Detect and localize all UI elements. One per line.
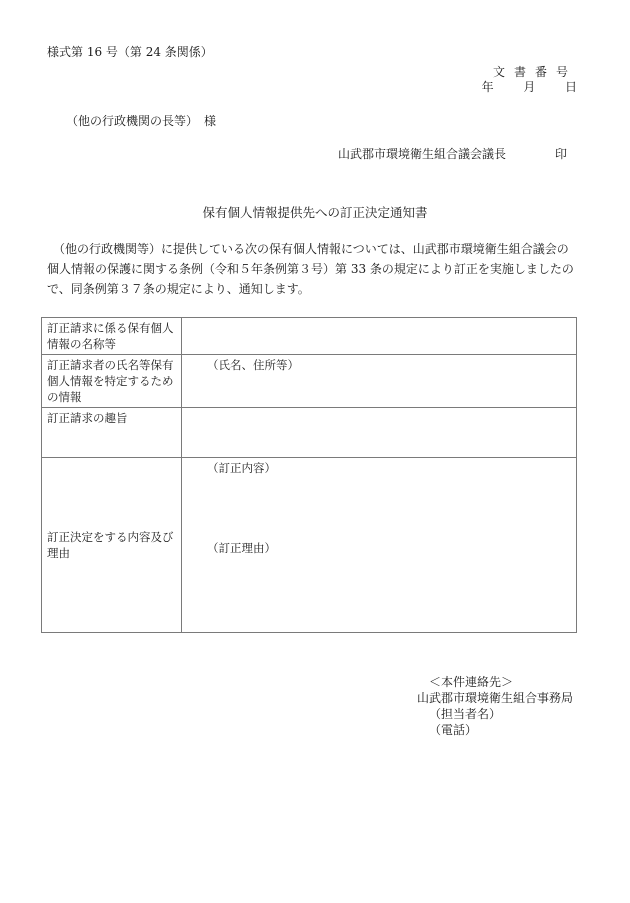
seal-mark: 印 bbox=[555, 148, 567, 160]
information-table: 訂正請求に係る保有個人情報の名称等 訂正請求者の氏名等保有個人情報を特定するため… bbox=[41, 317, 577, 633]
sender-name: 山武郡市環境衛生組合議会議長 bbox=[338, 148, 506, 160]
row-label: 訂正請求者の氏名等保有個人情報を特定するための情報 bbox=[42, 355, 182, 408]
row-value-field[interactable] bbox=[182, 318, 577, 355]
body-line: 個人情報の保護に関する条例（令和５年条例第３号）第 33 条の規定により訂正を実… bbox=[47, 259, 582, 279]
date-year-label: 年 bbox=[482, 81, 494, 93]
row-label: 訂正請求の趣旨 bbox=[42, 408, 182, 458]
contact-block: ＜本件連絡先＞ 山武郡市環境衛生組合事務局 （担当者名） （電話） bbox=[417, 674, 573, 738]
body-paragraph: （他の行政機関等）に提供している次の保有個人情報については、山武郡市環境衛生組合… bbox=[47, 239, 582, 299]
date-day-label: 日 bbox=[565, 81, 577, 93]
document-title: 保有個人情報提供先への訂正決定通知書 bbox=[0, 207, 630, 220]
table-row: 訂正請求者の氏名等保有個人情報を特定するための情報 （氏名、住所等） bbox=[42, 355, 577, 408]
document-date: 年 月 日 bbox=[482, 81, 577, 93]
field-hint: （氏名、住所等） bbox=[187, 358, 299, 372]
contact-phone: （電話） bbox=[417, 722, 573, 738]
table-row: 訂正決定をする内容及び理由 （訂正内容） （訂正理由） bbox=[42, 458, 577, 633]
contact-office: 山武郡市環境衛生組合事務局 bbox=[417, 690, 573, 706]
table-row: 訂正請求の趣旨 bbox=[42, 408, 577, 458]
contact-person: （担当者名） bbox=[417, 706, 573, 722]
date-month-label: 月 bbox=[523, 81, 535, 93]
body-line: （他の行政機関等）に提供している次の保有個人情報については、山武郡市環境衛生組合… bbox=[47, 239, 582, 259]
contact-heading: ＜本件連絡先＞ bbox=[417, 674, 573, 690]
row-value-field[interactable]: （訂正内容） （訂正理由） bbox=[182, 458, 577, 633]
row-value-field[interactable] bbox=[182, 408, 577, 458]
document-number-label: 文書番号 bbox=[493, 66, 577, 78]
body-line: で、同条例第３７条の規定により、通知します。 bbox=[47, 279, 582, 299]
correction-reason-hint: （訂正理由） bbox=[187, 540, 276, 556]
row-value-field[interactable]: （氏名、住所等） bbox=[182, 355, 577, 408]
form-number: 様式第 16 号（第 24 条関係） bbox=[47, 46, 213, 58]
addressee: （他の行政機関の長等） 様 bbox=[66, 115, 216, 127]
table-row: 訂正請求に係る保有個人情報の名称等 bbox=[42, 318, 577, 355]
row-label: 訂正決定をする内容及び理由 bbox=[42, 458, 182, 633]
row-label: 訂正請求に係る保有個人情報の名称等 bbox=[42, 318, 182, 355]
correction-content-hint: （訂正内容） bbox=[187, 460, 571, 476]
